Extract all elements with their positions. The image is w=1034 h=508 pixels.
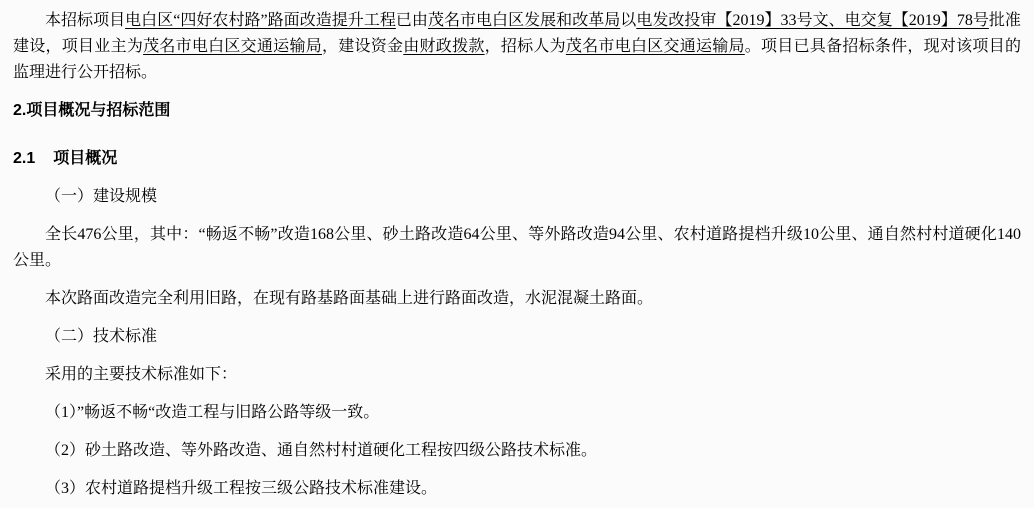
underlined-text: 茂名市电白区发展和改革局 [428,12,620,29]
section-2-1-title: 项目概况 [53,150,117,167]
plain-text: ，招标人为 [485,38,566,55]
construction-scale-label: （一）建设规模 [13,184,1021,210]
road-reuse-text: 本次路面改造完全利用旧路，在现有路基路面基础上进行路面改造，水泥混凝土路面。 [13,286,1021,312]
plain-text: 本招标项目 [45,12,125,29]
underlined-text: 电白区“四好农村路”路面改造提升工程 [125,12,396,29]
underlined-text: 电发改投审【2019】33号文、电交复【2019】78号 [636,12,989,29]
plain-text: ，建设资金 [322,38,403,55]
section-2-1-heading: 2.1项目概况 [13,146,1021,172]
technical-standard-item-3: （3）农村道路提档升级工程按三级公路技术标准建设。 [13,476,1021,502]
technical-standard-item-1: （1）”畅返不畅“改造工程与旧路公路等级一致。 [13,400,1021,426]
section-2-heading: 2.项目概况与招标范围 [13,98,1021,124]
tender-document: 本招标项目电白区“四好农村路”路面改造提升工程已由茂名市电白区发展和改革局以电发… [0,0,1034,502]
intro-paragraph: 本招标项目电白区“四好农村路”路面改造提升工程已由茂名市电白区发展和改革局以电发… [13,8,1021,86]
technical-standard-label: （二）技术标准 [13,324,1021,350]
plain-text: 已由 [396,12,428,29]
underlined-text: 由财政拨款 [403,38,484,55]
underlined-text: 茂名市电白区交通运输局 [566,38,745,55]
plain-text: 以 [620,12,636,29]
technical-standard-item-2: （2）砂土路改造、等外路改造、通自然村村道硬化工程按四级公路技术标准。 [13,438,1021,464]
underlined-text: 茂名市电白区交通运输局 [143,38,322,55]
construction-scale-text: 全长476公里，其中：“畅返不畅”改造168公里、砂土路改造64公里、等外路改造… [13,222,1021,274]
technical-standard-intro: 采用的主要技术标准如下： [13,362,1021,388]
section-2-1-number: 2.1 [13,150,35,167]
